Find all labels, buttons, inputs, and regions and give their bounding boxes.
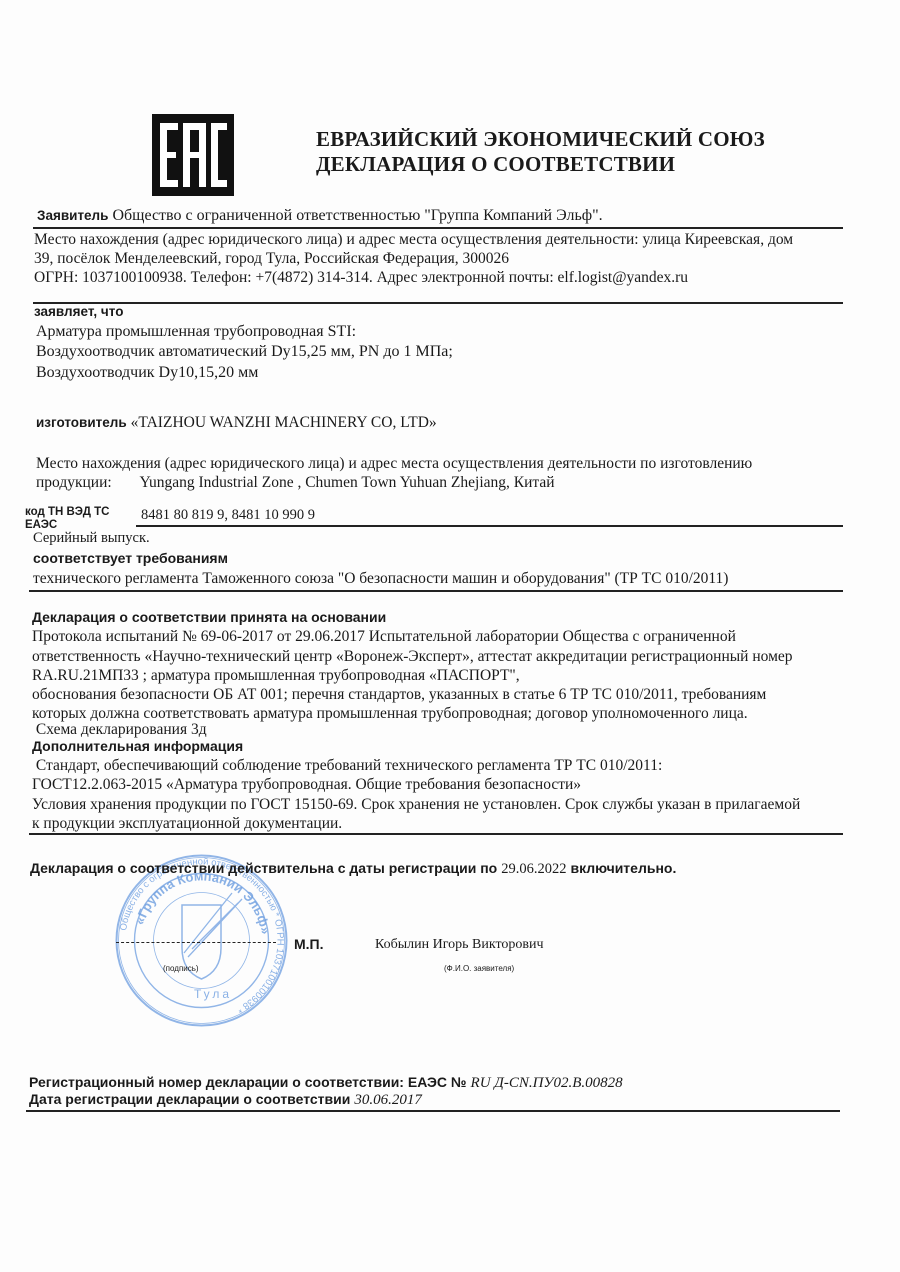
declares-label: заявляет, что bbox=[34, 304, 123, 319]
declaration-scheme: Схема декларирования 3д bbox=[32, 721, 207, 739]
svg-text:Тула: Тула bbox=[194, 987, 232, 1001]
manufacturer-address-prefix: продукции: bbox=[36, 474, 112, 491]
serial-release: Серийный выпуск. bbox=[33, 530, 150, 547]
manufacturer-name: «TAIZHOU WANZHI MACHINERY CO, LTD» bbox=[131, 414, 437, 431]
signer-name: Кобылин Игорь Викторович bbox=[375, 937, 544, 953]
basis-line: ответственность «Научно-технический цент… bbox=[32, 648, 793, 666]
basis-line: RA.RU.21МП33 ; арматура промышленная тру… bbox=[32, 667, 520, 685]
applicant-row: Заявитель Общество с ограниченной ответс… bbox=[37, 207, 603, 225]
divider bbox=[136, 525, 843, 527]
validity-date: 29.06.2022 bbox=[501, 861, 566, 877]
additional-line: Стандарт, обеспечивающий соблюдение треб… bbox=[32, 757, 662, 775]
title-declaration: ДЕКЛАРАЦИЯ О СООТВЕТСТВИИ bbox=[316, 152, 675, 177]
divider bbox=[29, 833, 843, 835]
company-seal-icon: Общество с ограниченной ответственностью… bbox=[114, 853, 289, 1028]
seal-place-label: М.П. bbox=[294, 936, 324, 952]
conformity-regulation: технического регламента Таможенного союз… bbox=[33, 570, 728, 588]
product-line: Воздухоотводчик Dy10,15,20 мм bbox=[36, 364, 258, 382]
signer-caption: (Ф.И.О. заявителя) bbox=[444, 964, 514, 973]
manufacturer-address-value: Yungang Industrial Zone , Chumen Town Yu… bbox=[139, 474, 554, 491]
product-line: Арматура промышленная трубопроводная STI… bbox=[36, 323, 356, 341]
applicant-address-line1: Место нахождения (адрес юридического лиц… bbox=[34, 231, 793, 249]
registration-date: 30.06.2017 bbox=[354, 1092, 422, 1108]
basis-line: Протокола испытаний № 69-06-2017 от 29.0… bbox=[32, 628, 736, 646]
registration-date-row: Дата регистрации декларации о соответств… bbox=[29, 1091, 422, 1109]
validity-suffix: включительно. bbox=[570, 860, 676, 876]
tnved-label-line1: код ТН ВЭД ТС bbox=[25, 506, 109, 519]
title-union: ЕВРАЗИЙСКИЙ ЭКОНОМИЧЕСКИЙ СОЮЗ bbox=[316, 127, 765, 152]
divider bbox=[33, 227, 843, 229]
product-line: Воздухоотводчик автоматический Dy15,25 м… bbox=[36, 343, 453, 361]
manufacturer-label: изготовитель bbox=[36, 415, 127, 430]
manufacturer-address-line1: Место нахождения (адрес юридического лиц… bbox=[36, 455, 752, 473]
applicant-address-line2: 39, посёлок Менделеевский, город Тула, Р… bbox=[34, 250, 509, 268]
divider bbox=[29, 590, 843, 592]
registration-number: RU Д-CN.ПУ02.В.00828 bbox=[471, 1075, 623, 1091]
divider bbox=[33, 302, 843, 304]
manufacturer-row: изготовитель «TAIZHOU WANZHI MACHINERY C… bbox=[36, 414, 437, 432]
validity-row: Декларация о соответствии действительна … bbox=[30, 860, 676, 878]
eac-logo-icon bbox=[152, 114, 234, 196]
validity-prefix: Декларация о соответствии действительна … bbox=[30, 860, 497, 876]
signature-caption: (подпись) bbox=[163, 964, 199, 973]
signature-line bbox=[116, 942, 276, 943]
conformity-label: соответствует требованиям bbox=[33, 550, 228, 566]
additional-line: к продукции эксплуатационной документаци… bbox=[32, 815, 342, 833]
divider bbox=[26, 1110, 840, 1112]
registration-number-row: Регистрационный номер декларации о соотв… bbox=[29, 1074, 623, 1092]
additional-line: ГОСТ12.2.063-2015 «Арматура трубопроводн… bbox=[32, 776, 581, 794]
applicant-name: Общество с ограниченной ответственностью… bbox=[112, 207, 602, 224]
registration-number-label: Регистрационный номер декларации о соотв… bbox=[29, 1074, 467, 1090]
declaration-page: ЕВРАЗИЙСКИЙ ЭКОНОМИЧЕСКИЙ СОЮЗ ДЕКЛАРАЦИ… bbox=[0, 0, 900, 1272]
basis-line: обоснования безопасности ОБ АТ 001; пере… bbox=[32, 686, 766, 704]
applicant-label: Заявитель bbox=[37, 208, 108, 223]
tnved-codes: 8481 80 819 9, 8481 10 990 9 bbox=[141, 507, 315, 524]
applicant-contacts: ОГРН: 1037100100938. Телефон: +7(4872) 3… bbox=[34, 269, 688, 287]
manufacturer-address-line2: продукции: Yungang Industrial Zone , Chu… bbox=[36, 474, 555, 492]
basis-label: Декларация о соответствии принята на осн… bbox=[32, 609, 386, 625]
registration-date-label: Дата регистрации декларации о соответств… bbox=[29, 1091, 350, 1107]
additional-line: Условия хранения продукции по ГОСТ 15150… bbox=[32, 796, 800, 814]
additional-label: Дополнительная информация bbox=[32, 738, 243, 754]
